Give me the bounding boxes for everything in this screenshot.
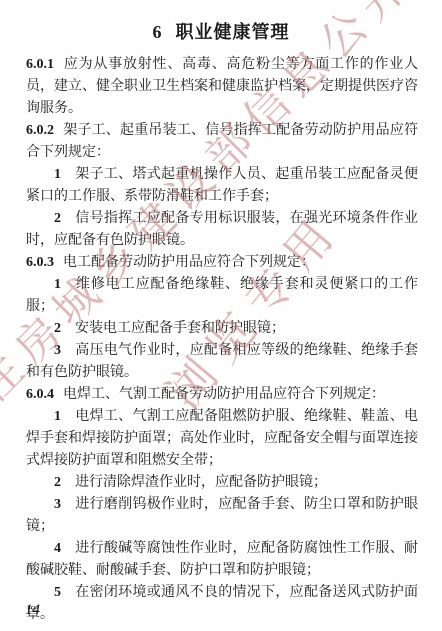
document-page: 住房城乡建设部信息公开 浏览专用 6职业健康管理 6.0.1应为从事放射性、高毒… — [0, 0, 442, 631]
paragraph-text: 进行清除焊渣作业时，应配备防护眼镜； — [75, 475, 327, 490]
list-item-paragraph: 3高压电气作业时，应配备相应等级的绝缘鞋、绝缘手套和有色防护眼镜。 — [26, 340, 418, 384]
clause-paragraph: 6.0.1应为从事放射性、高毒、高危粉尘等方面工作的作业人员，建立、健全职业卫生… — [26, 54, 418, 120]
item-number: 3 — [54, 497, 61, 512]
item-number: 2 — [54, 211, 61, 226]
list-item-paragraph: 1电焊工、气割工应配备阻燃防护服、绝缘鞋、鞋盖、电焊手套和焊接防护面罩；高处作业… — [26, 406, 418, 472]
paragraph-text: 电工配备劳动防护用品应符合下列规定： — [63, 255, 315, 270]
list-item-paragraph: 1架子工、塔式起重机操作人员、起重吊装工应配备灵便紧口的工作服、系带防滑鞋和工作… — [26, 164, 418, 208]
item-number: 1 — [54, 167, 61, 182]
document-body: 6.0.1应为从事放射性、高毒、高危粉尘等方面工作的作业人员，建立、健全职业卫生… — [26, 54, 418, 626]
item-number: 1 — [54, 409, 61, 424]
clause-paragraph: 6.0.4电焊工、气割工配备劳动防护用品应符合下列规定： — [26, 384, 418, 406]
chapter-title-text: 职业健康管理 — [176, 22, 290, 42]
clause-paragraph: 6.0.3电工配备劳动防护用品应符合下列规定： — [26, 252, 418, 274]
item-number: 3 — [54, 343, 61, 358]
clause-number: 6.0.3 — [26, 255, 54, 270]
paragraph-text: 信号指挥工应配备专用标识服装，在强光环境条件作业时，应配备有色防护眼镜。 — [26, 211, 418, 248]
clause-number: 6.0.1 — [26, 57, 54, 72]
paragraph-text: 应为从事放射性、高毒、高危粉尘等方面工作的作业人员，建立、健全职业卫生档案和健康… — [26, 57, 418, 116]
paragraph-text: 在密闭环境或通风不良的情况下，应配备送风式防护面罩。 — [26, 585, 418, 622]
paragraph-text: 电焊工、气割工应配备阻燃防护服、绝缘鞋、鞋盖、电焊手套和焊接防护面罩；高处作业时… — [26, 409, 418, 468]
item-number: 1 — [54, 277, 61, 292]
list-item-paragraph: 1维修电工应配备绝缘鞋、绝缘手套和灵便紧口的工作服； — [26, 274, 418, 318]
clause-number: 6.0.4 — [26, 387, 54, 402]
page-number: 14 — [25, 602, 40, 619]
list-item-paragraph: 2信号指挥工应配备专用标识服装，在强光环境条件作业时，应配备有色防护眼镜。 — [26, 208, 418, 252]
chapter-title: 6职业健康管理 — [0, 18, 442, 44]
paragraph-text: 维修电工应配备绝缘鞋、绝缘手套和灵便紧口的工作服； — [26, 277, 418, 314]
paragraph-text: 进行磨削钨极作业时，应配备手套、防尘口罩和防护眼镜； — [26, 497, 418, 534]
chapter-number: 6 — [153, 22, 162, 42]
paragraph-text: 进行酸碱等腐蚀性作业时，应配备防腐蚀性工作服、耐酸碱胶鞋、耐酸碱手套、防护口罩和… — [26, 541, 418, 578]
item-number: 4 — [54, 541, 61, 556]
paragraph-text: 架子工、起重吊装工、信号指挥工配备劳动防护用品应符合下列规定： — [26, 123, 418, 160]
paragraph-text: 架子工、塔式起重机操作人员、起重吊装工应配备灵便紧口的工作服、系带防滑鞋和工作手… — [26, 167, 418, 204]
list-item-paragraph: 3进行磨削钨极作业时，应配备手套、防尘口罩和防护眼镜； — [26, 494, 418, 538]
item-number: 5 — [54, 585, 61, 600]
clause-paragraph: 6.0.2架子工、起重吊装工、信号指挥工配备劳动防护用品应符合下列规定： — [26, 120, 418, 164]
item-number: 2 — [54, 475, 61, 490]
list-item-paragraph: 5在密闭环境或通风不良的情况下，应配备送风式防护面罩。 — [26, 582, 418, 626]
item-number: 2 — [54, 321, 61, 336]
list-item-paragraph: 2安装电工应配备手套和防护眼镜； — [26, 318, 418, 340]
list-item-paragraph: 2进行清除焊渣作业时，应配备防护眼镜； — [26, 472, 418, 494]
paragraph-text: 电焊工、气割工配备劳动防护用品应符合下列规定： — [63, 387, 385, 402]
clause-number: 6.0.2 — [26, 123, 54, 138]
paragraph-text: 安装电工应配备手套和防护眼镜； — [75, 321, 285, 336]
list-item-paragraph: 4进行酸碱等腐蚀性作业时，应配备防腐蚀性工作服、耐酸碱胶鞋、耐酸碱手套、防护口罩… — [26, 538, 418, 582]
paragraph-text: 高压电气作业时，应配备相应等级的绝缘鞋、绝缘手套和有色防护眼镜。 — [26, 343, 418, 380]
